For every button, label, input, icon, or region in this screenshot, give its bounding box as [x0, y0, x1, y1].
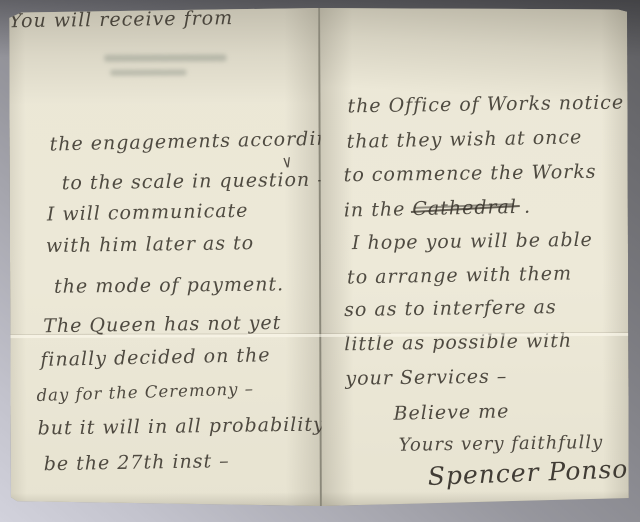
handwriting-line: I will communicate	[47, 200, 249, 226]
handwriting-line: so as to interfere as	[344, 296, 557, 321]
photo-background: the engagements according ∨ to the scale…	[0, 0, 640, 522]
handwriting-line: finally decided on the	[40, 344, 271, 371]
handwriting-text: in the	[344, 198, 413, 221]
handwriting-line: to arrange with them	[347, 263, 572, 289]
signature: Spencer Ponsonby	[427, 452, 640, 491]
letter-page-left: the engagements according ∨ to the scale…	[9, 8, 320, 507]
handwriting-line-with-correction: in the Cathedral .	[344, 196, 532, 222]
ghost-letterhead-line	[110, 69, 186, 75]
handwriting-line: your Services –	[345, 365, 507, 389]
handwriting-line: Yours very faithfully	[399, 432, 604, 456]
handwriting-line: the engagements according ∨	[49, 127, 343, 155]
ghost-letterhead-line	[104, 54, 226, 61]
handwriting-line: with him later as to	[46, 232, 255, 257]
handwriting-line: You will receive from	[9, 7, 233, 32]
handwriting-line: The Queen has not yet	[43, 312, 281, 337]
handwriting-line: the Office of Works notice	[347, 91, 624, 117]
handwriting-line: the mode of payment.	[54, 273, 284, 297]
handwriting-line: to the scale in question –	[62, 169, 328, 195]
handwriting-line: I hope you will be able	[352, 229, 593, 254]
handwriting-line: but it will in all probability	[37, 413, 324, 439]
letter-sheet: the engagements according ∨ to the scale…	[9, 7, 629, 507]
handwriting-line: day for the Ceremony –	[36, 379, 254, 405]
ghost-letterhead	[94, 54, 234, 88]
handwriting-line: be the 27th inst –	[44, 450, 230, 475]
handwriting-line: Believe me	[393, 400, 509, 424]
handwriting-line: to commence the Works	[344, 161, 597, 187]
letter-page-right: the Office of Works notice that they wis…	[320, 7, 629, 506]
handwriting-line: that they wish at once	[346, 126, 582, 153]
handwriting-text: the engagements according	[49, 127, 343, 155]
handwriting-line: little as possible with	[344, 330, 572, 356]
struck-word: Cathedral	[412, 196, 517, 220]
